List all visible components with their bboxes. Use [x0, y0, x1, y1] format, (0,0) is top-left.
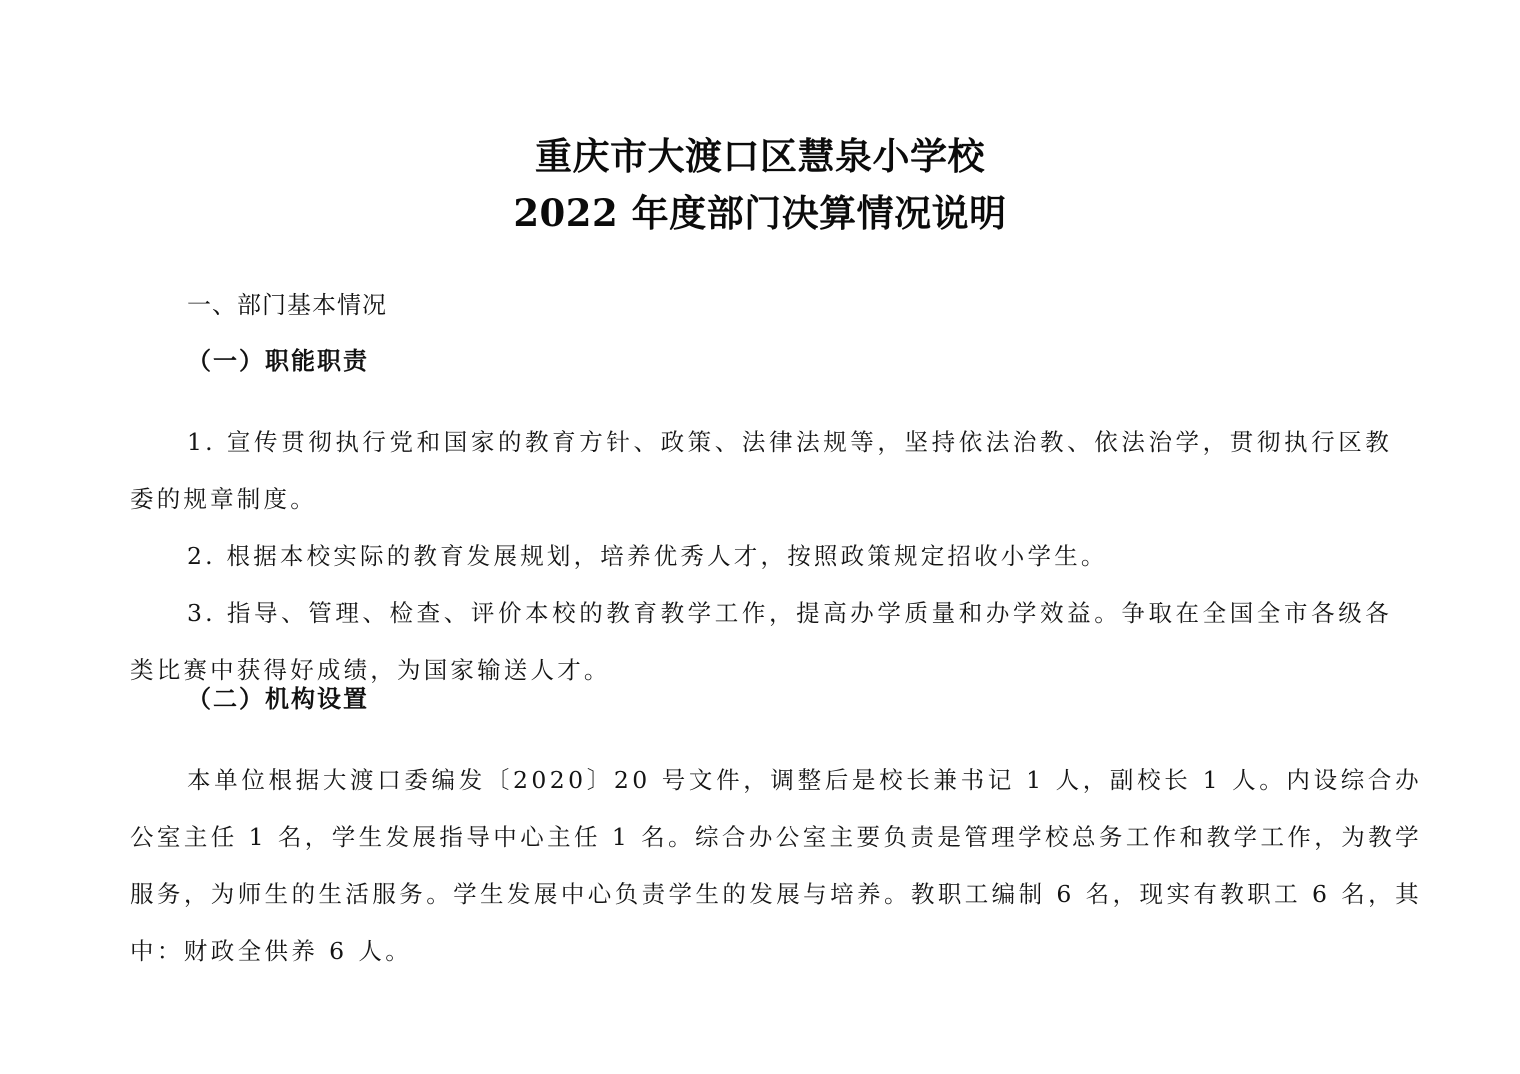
- document-title-line-1: 重庆市大渡口区慧泉小学校: [0, 134, 1520, 178]
- section-heading-basic-info: 一、部门基本情况: [187, 288, 387, 322]
- document-page: 重庆市大渡口区慧泉小学校 2022 年度部门决算情况说明 一、部门基本情况 （一…: [0, 0, 1520, 1074]
- paragraph-organization: 本单位根据大渡口委编发〔2020〕20 号文件，调整后是校长兼书记 1 人，副校…: [130, 752, 1422, 980]
- paragraph-function-2: 2. 根据本校实际的教育发展规划，培养优秀人才，按照政策规定招收小学生。: [130, 528, 1392, 585]
- paragraph-function-1: 1. 宣传贯彻执行党和国家的教育方针、政策、法律法规等，坚持依法治教、依法治学，…: [130, 414, 1392, 528]
- document-title-line-2: 2022 年度部门决算情况说明: [0, 191, 1520, 235]
- subsection-heading-organization: （二）机构设置: [187, 682, 369, 716]
- subsection-heading-functions: （一）职能职责: [187, 344, 369, 378]
